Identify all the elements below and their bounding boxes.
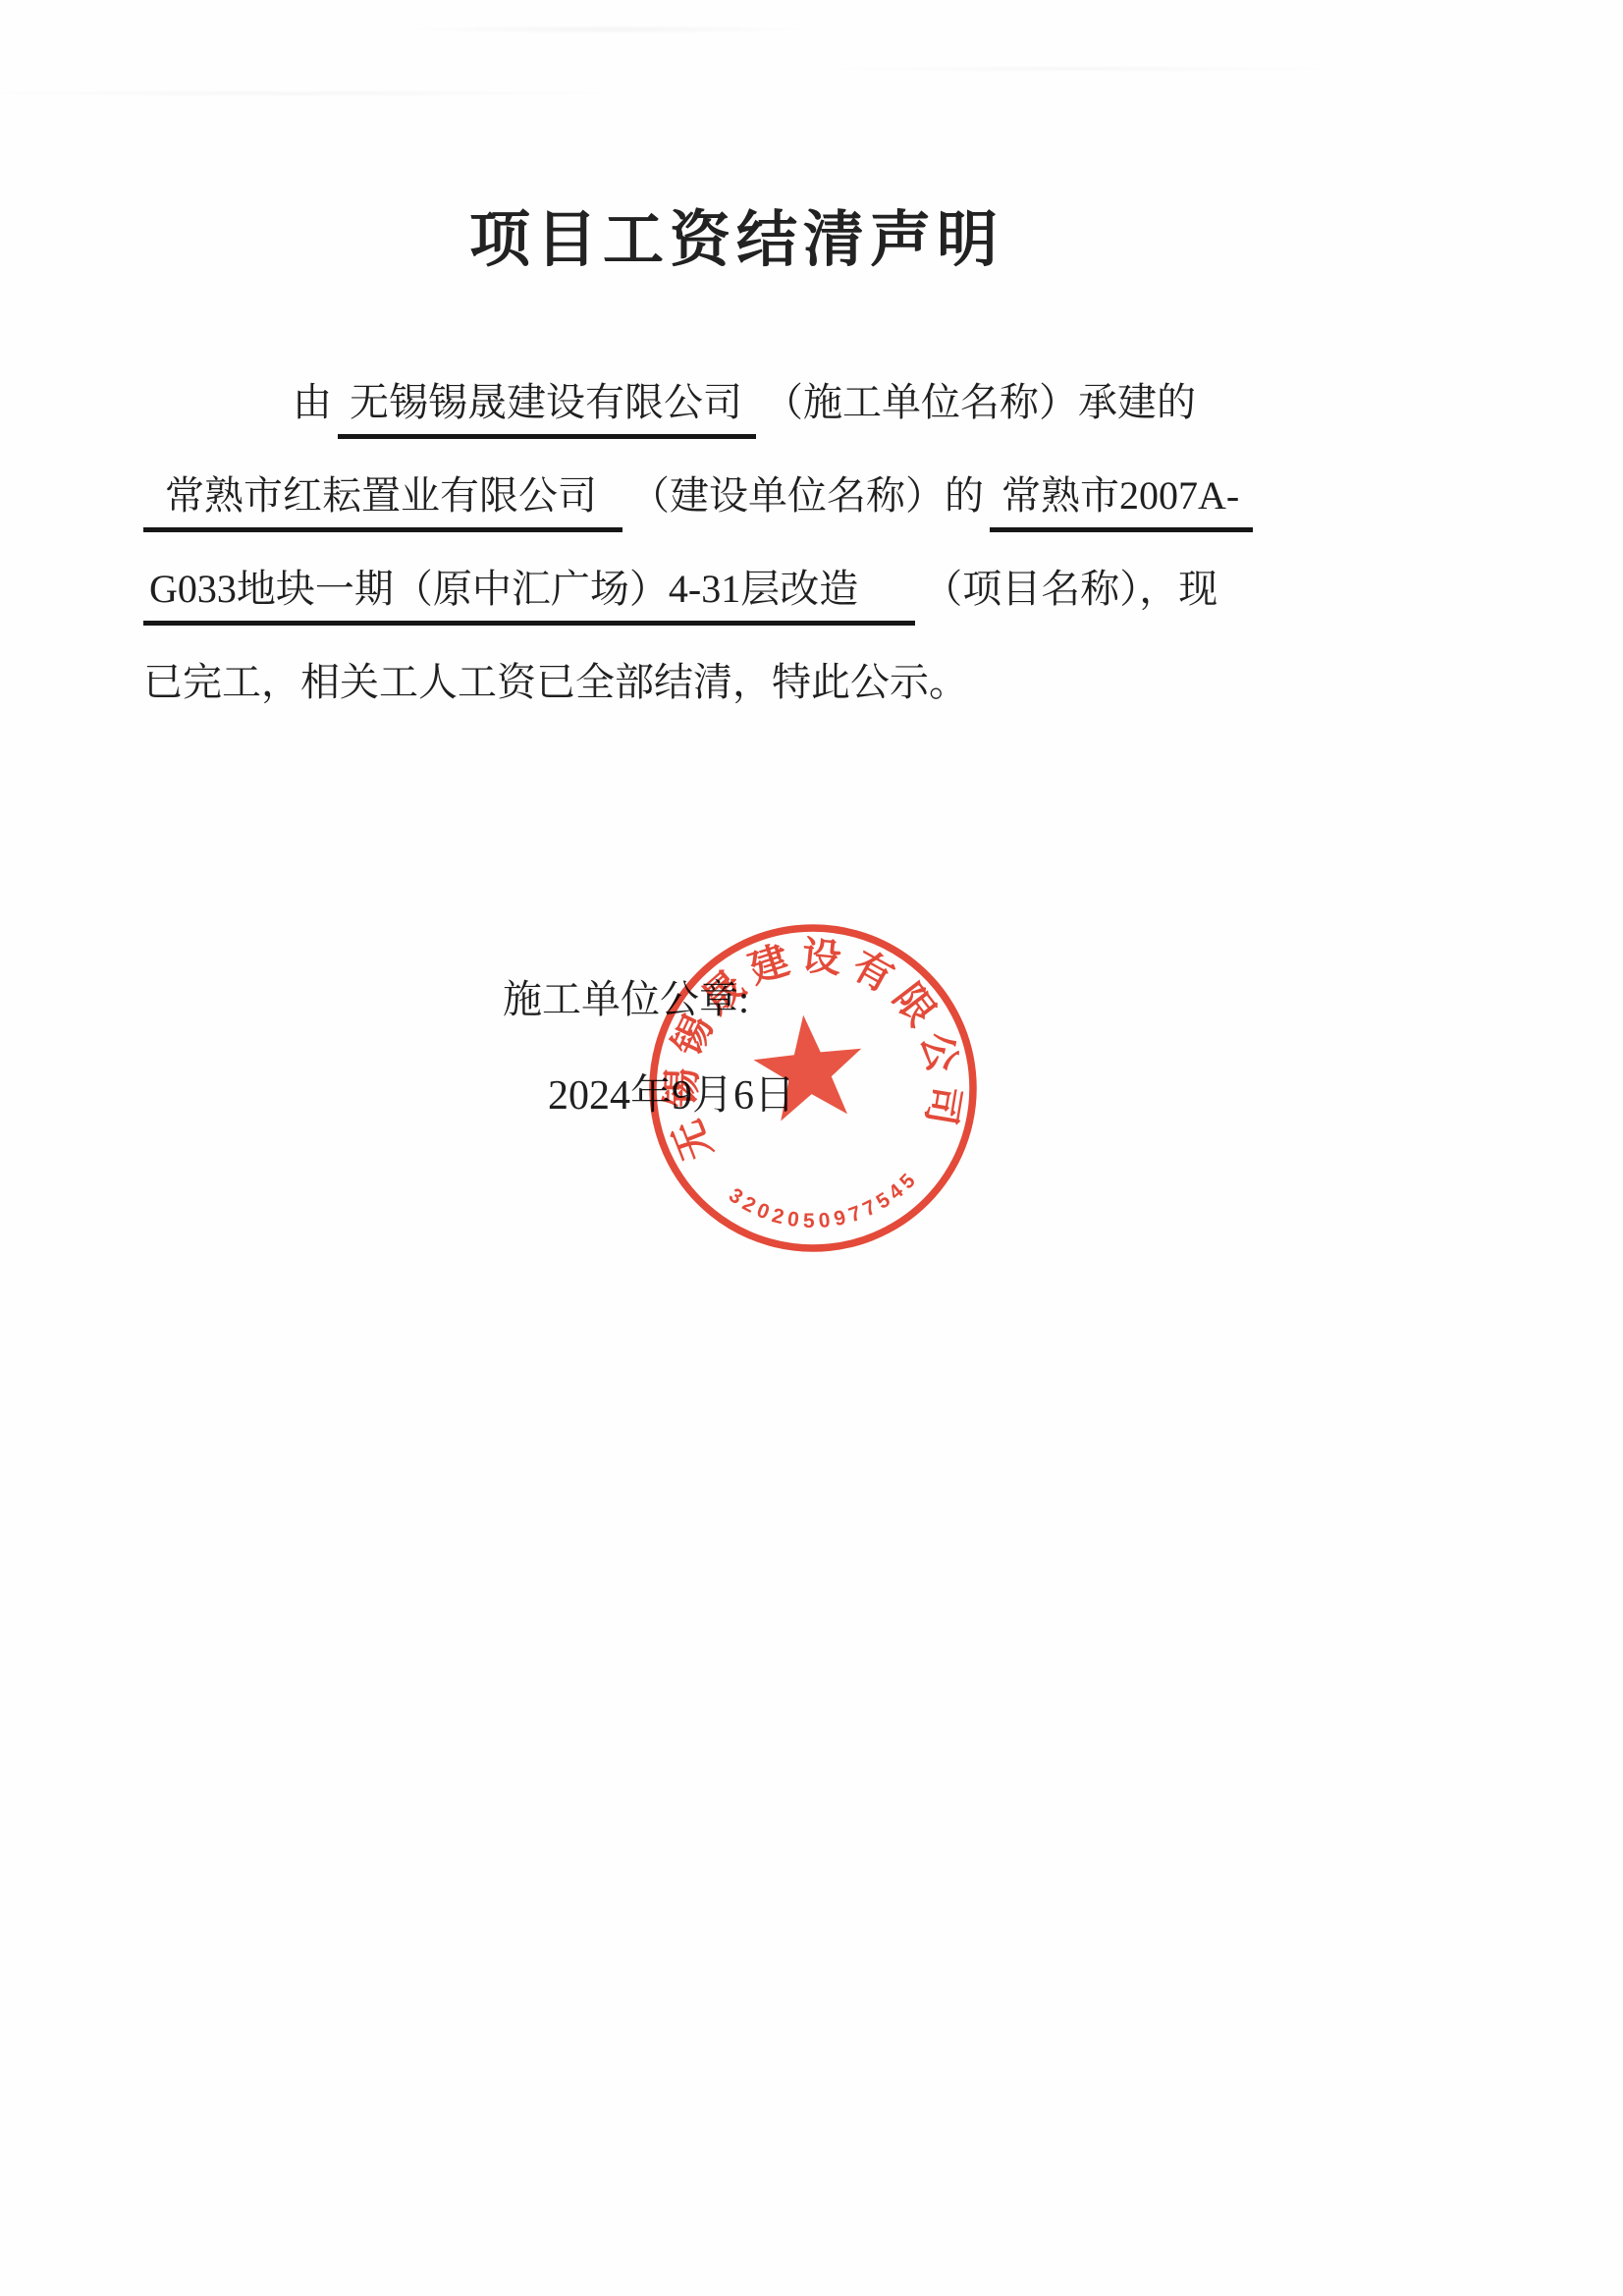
paragraph-line-1: 由无锡锡晟建设有限公司（施工单位名称）承建的 — [293, 377, 1196, 439]
seal-svg: 无锡锡晟建设有限公司 3202050977545 — [638, 909, 992, 1294]
seal-serial-textpath: 3202050977545 — [723, 1165, 927, 1242]
scanned-document-page: { "document": { "title": "项目工资结清声明", "pa… — [0, 0, 1623, 2296]
project-name-blank-part2: G033地块一期（原中汇广场）4-31层改造 — [143, 564, 915, 626]
line1-prefix: 由 — [293, 380, 332, 424]
project-name-blank-part1: 常熟市2007A- — [990, 470, 1253, 532]
line2-middle: （建设单位名称）的 — [630, 473, 984, 518]
seal-star-icon — [749, 1010, 868, 1123]
company-seal-stamp: 无锡锡晟建设有限公司 3202050977545 — [638, 909, 992, 1294]
paragraph-line-4: 已完工，相关工人工资已全部结清，特此公示。 — [143, 657, 968, 708]
line3-suffix: （项目名称），现 — [923, 567, 1217, 611]
page-title: 项目工资结清声明 — [0, 191, 1473, 278]
developer-name-blank: 常熟市红耘置业有限公司 — [143, 470, 622, 532]
paragraph-line-3: G033地块一期（原中汇广场）4-31层改造（项目名称），现 — [143, 564, 1217, 626]
paragraph-line-2: 常熟市红耘置业有限公司（建设单位名称）的常熟市2007A- — [143, 470, 1261, 532]
scan-artifacts — [0, 0, 1623, 137]
seal-serial-text: 3202050977545 — [723, 1165, 927, 1242]
contractor-name-blank: 无锡锡晟建设有限公司 — [338, 377, 756, 439]
line1-suffix: （施工单位名称）承建的 — [764, 380, 1196, 424]
